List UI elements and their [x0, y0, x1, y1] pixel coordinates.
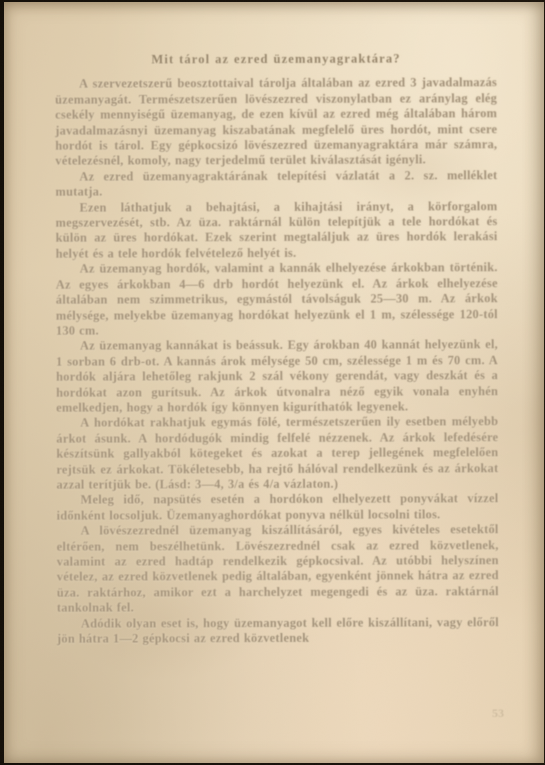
- paragraph: Az üzemanyag hordók, valamint a kannák e…: [56, 261, 498, 340]
- paragraph: A lövészezrednél üzemanyag kiszállításár…: [57, 522, 499, 616]
- paragraph: Ezen láthatjuk a behajtási, a kihajtási …: [55, 199, 497, 262]
- scanned-page: Mit tárol az ezred üzemanyagraktára? A s…: [0, 0, 545, 765]
- paragraph: Meleg idő, napsütés esetén a hordókon el…: [57, 492, 499, 524]
- paragraph: A szervezetszerű beosztottaival tárolja …: [55, 76, 497, 170]
- paragraph: Az üzemanyag kannákat is beássuk. Egy ár…: [56, 338, 498, 417]
- page-title: Mit tárol az ezred üzemanyagraktára?: [55, 51, 497, 68]
- page-content: Mit tárol az ezred üzemanyagraktára? A s…: [55, 51, 499, 647]
- paragraph: A hordókat rakhatjuk egymás fölé, termés…: [56, 415, 498, 494]
- paper-sheet: Mit tárol az ezred üzemanyagraktára? A s…: [4, 2, 544, 763]
- paragraph: Az ezred üzemanyagraktárának telepítési …: [55, 168, 497, 200]
- page-number: 53: [492, 706, 504, 721]
- paragraph: Adódik olyan eset is, hogy üzemanyagot k…: [57, 615, 499, 647]
